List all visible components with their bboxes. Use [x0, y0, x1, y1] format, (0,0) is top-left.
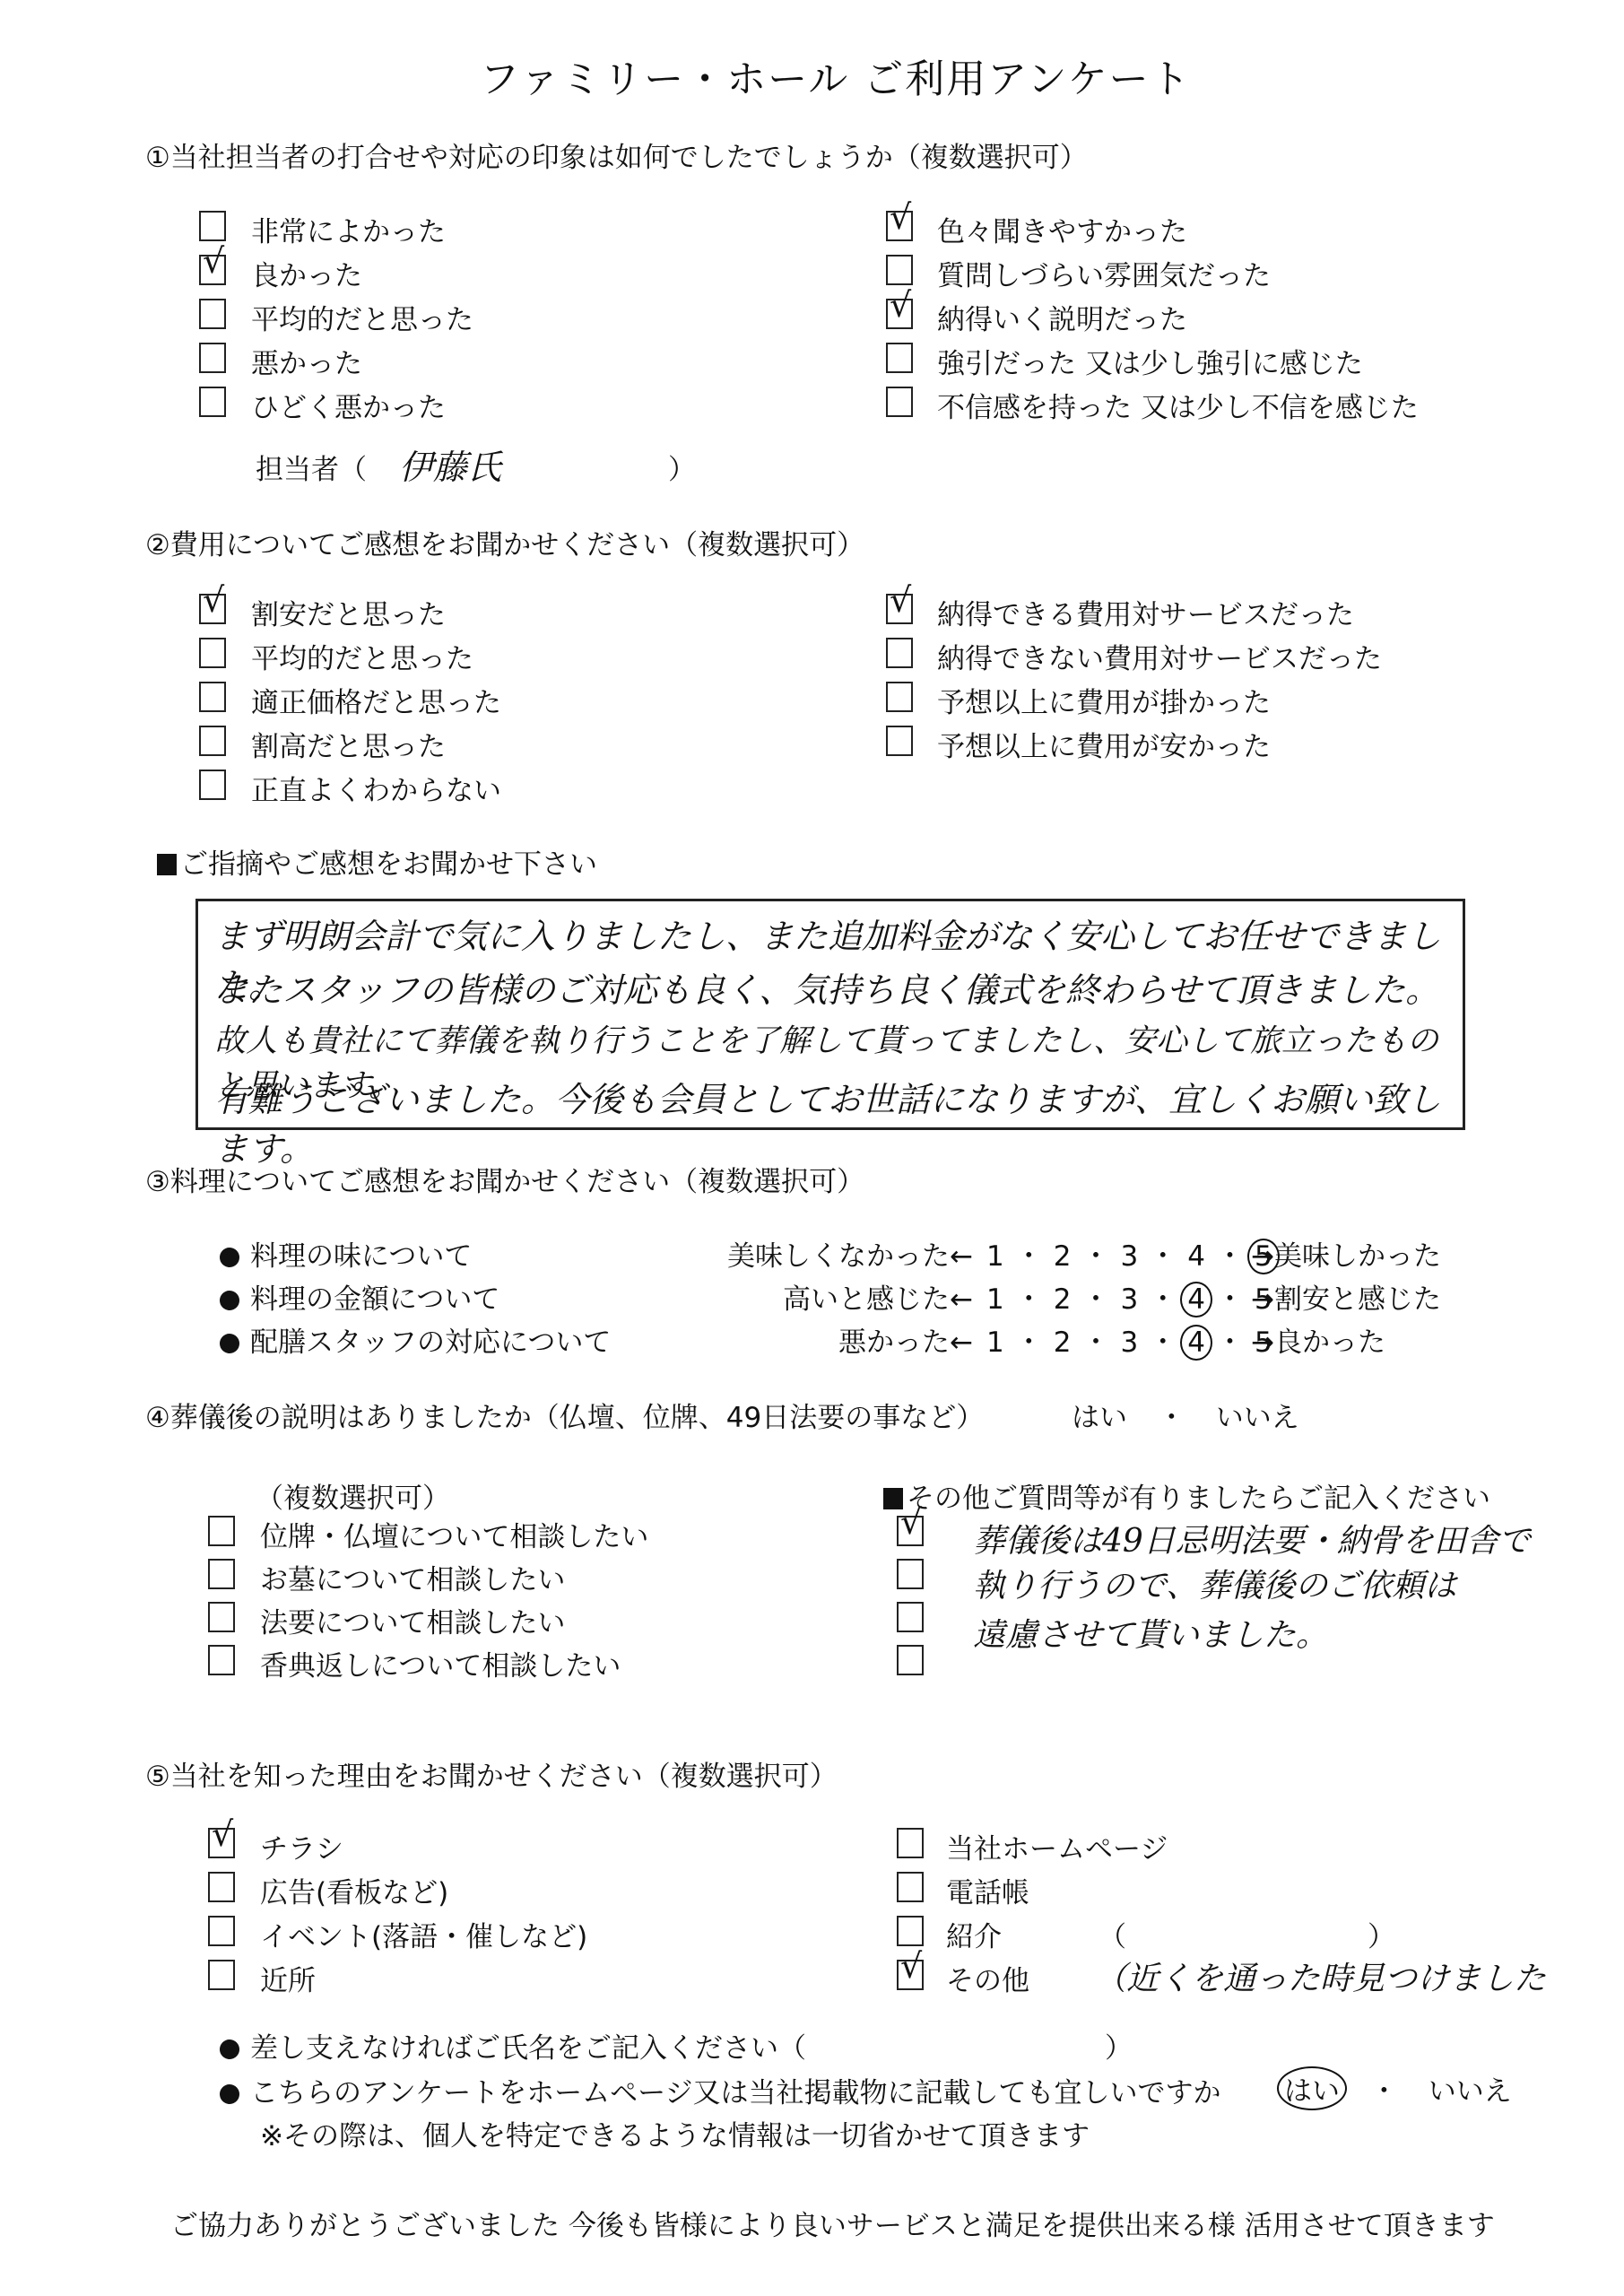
q5-option-label: チラシ: [260, 1826, 343, 1866]
q2-heading: ②費用についてご感想をお聞かせください（複数選択可）: [145, 522, 864, 562]
bullet-icon: [220, 2084, 239, 2104]
q2-option-checkbox[interactable]: [886, 682, 913, 712]
checkmark-icon: √: [203, 583, 224, 617]
q1-option-checkbox[interactable]: √: [886, 299, 913, 329]
scale-separator: ・: [1149, 1233, 1177, 1274]
referral-paren-open: （: [1099, 1914, 1126, 1954]
rating-option-1[interactable]: 1: [986, 1240, 1004, 1273]
q3-item: 料理の金額について: [220, 1276, 499, 1317]
q4-yes-no: はい ・ いいえ: [1072, 1395, 1299, 1435]
q5-option-checkbox[interactable]: [208, 1872, 235, 1902]
q2-option-label: 平均的だと思った: [251, 636, 473, 676]
rating-option-2[interactable]: 2: [1054, 1326, 1072, 1359]
q2-option-label: 適正価格だと思った: [251, 680, 501, 720]
checkmark-icon: √: [890, 583, 911, 617]
q4-option-checkbox[interactable]: [208, 1602, 235, 1632]
q1-option-label: 納得いく説明だった: [937, 297, 1187, 337]
q1-option-checkbox[interactable]: √: [199, 255, 226, 285]
q4-heading: ④葬儀後の説明はありましたか（仏壇、位牌、49日法要の事など）: [145, 1395, 984, 1435]
q1-option-label: 色々聞きやすかった: [937, 209, 1187, 249]
q4-yes-option[interactable]: はい: [1072, 1402, 1127, 1434]
q1-option-checkbox[interactable]: √: [886, 211, 913, 241]
comments-box[interactable]: まず明朗会計で気に入りましたし、また追加料金がなく安心してお任せできました。 ま…: [195, 899, 1465, 1130]
q2-option-checkbox[interactable]: [199, 770, 226, 800]
footer-thanks: ご協力ありがとうございました 今後も皆様により良いサービスと満足を提供出来る様 …: [170, 2203, 1495, 2243]
staff-name-field[interactable]: 伊藤氏: [399, 439, 501, 489]
q1-option-label: 不信感を持った 又は少し不信を感じた: [937, 385, 1419, 425]
q1-option-label: 質問しづらい雰囲気だった: [937, 253, 1271, 293]
q1-option-checkbox[interactable]: [886, 343, 913, 373]
q1-option-checkbox[interactable]: [886, 255, 913, 285]
scale-separator: ・: [1216, 1276, 1244, 1317]
q2-option-label: 予想以上に費用が安かった: [937, 724, 1271, 764]
q5-option-label: イベント(落語・催しなど): [260, 1914, 587, 1954]
q5-heading: ⑤当社を知った理由をお聞かせください（複数選択可）: [145, 1753, 838, 1794]
publish-question: こちらのアンケートをホームページ又は当社掲載物に記載しても宜しいですか: [220, 2070, 1221, 2110]
q4-other-line: 葬儀後は49日忌明法要・納骨を田舎で: [973, 1516, 1531, 1561]
q5-option-checkbox[interactable]: √: [897, 1960, 924, 1990]
q5-option-label: 紹介: [946, 1914, 1002, 1954]
q3-high-label: →良かった: [1251, 1319, 1385, 1360]
q1-option-checkbox[interactable]: [199, 387, 226, 417]
q4-option-label: お墓について相談したい: [260, 1557, 565, 1597]
q3-item: 配膳スタッフの対応について: [220, 1319, 611, 1360]
q4-option-label: 法要について相談したい: [260, 1600, 565, 1640]
scale-separator: ・: [1015, 1319, 1043, 1360]
q2-option-label: 納得できる費用対サービスだった: [937, 592, 1354, 632]
publish-separator: ・: [1370, 2075, 1398, 2108]
staff-label: 担当者（: [256, 447, 367, 487]
q2-option-checkbox[interactable]: [199, 638, 226, 668]
q1-option-checkbox[interactable]: [199, 343, 226, 373]
comments-heading: ご指摘やご感想をお聞かせ下さい: [157, 841, 597, 882]
comment-line: またスタッフの皆様のご対応も良く、気持ち良く儀式を終わらせて頂きました。: [214, 962, 1439, 1012]
scale-separator: ・: [1081, 1233, 1109, 1274]
q4-other-heading: その他ご質問等が有りましたらご記入ください: [883, 1475, 1490, 1516]
q2-option-checkbox[interactable]: [886, 638, 913, 668]
q4-no-option[interactable]: いいえ: [1216, 1402, 1299, 1434]
q5-option-checkbox[interactable]: [897, 1916, 924, 1946]
q5-option-label: その他: [946, 1958, 1029, 1998]
q4-option-label: 香典返しについて相談したい: [260, 1643, 621, 1683]
q2-option-checkbox[interactable]: [199, 682, 226, 712]
q1-option-label: 非常によかった: [251, 209, 446, 249]
scale-separator: ・: [1216, 1319, 1244, 1360]
q2-option-label: 割高だと思った: [251, 724, 446, 764]
q4-other-checkbox[interactable]: [897, 1645, 924, 1675]
q4-other-line: 遠慮させて貰いました。: [973, 1610, 1328, 1656]
q3-low-label: 高いと感じた←: [783, 1276, 973, 1317]
q5-option-checkbox[interactable]: [208, 1960, 235, 1990]
q2-option-label: 予想以上に費用が掛かった: [937, 680, 1271, 720]
publish-options: はい ・ いいえ: [1284, 2068, 1512, 2109]
q1-option-checkbox[interactable]: [199, 211, 226, 241]
q5-option-label: 広告(看板など): [260, 1870, 448, 1910]
q4-multi-note: （複数選択可）: [256, 1475, 450, 1516]
q2-option-label: 割安だと思った: [251, 592, 446, 632]
q2-option-label: 正直よくわからない: [251, 768, 501, 808]
scale-separator: ・: [1081, 1276, 1109, 1317]
q1-option-label: 良かった: [251, 253, 362, 293]
rating-option-3[interactable]: 3: [1120, 1326, 1138, 1359]
q5-option-label: 電話帳: [946, 1870, 1029, 1910]
scale-separator: ・: [1149, 1319, 1177, 1360]
rating-option-3[interactable]: 3: [1120, 1283, 1138, 1316]
publish-note: ※その際は、個人を特定できるような情報は一切省かせて頂きます: [260, 2113, 1090, 2153]
q3-low-label: 悪かった←: [838, 1319, 973, 1360]
staff-close: ）: [668, 447, 696, 487]
scale-separator: ・: [1015, 1233, 1043, 1274]
other-reason-field[interactable]: （近くを通った時見つけました: [1094, 1953, 1546, 1999]
publish-no-option[interactable]: いいえ: [1429, 2075, 1512, 2108]
q1-heading: ①当社担当者の打合せや対応の印象は如何でしたでしょうか（複数選択可）: [145, 135, 1088, 175]
q1-option-label: ひどく悪かった: [251, 385, 446, 425]
q4-other-checkbox[interactable]: √: [897, 1516, 924, 1546]
comment-line: 有難うございました。今後も会員としてお世話になりますが、宜しくお願い致します。: [214, 1072, 1463, 1170]
q3-item: 料理の味について: [220, 1233, 472, 1274]
checkmark-icon: √: [890, 200, 911, 234]
scale-separator: ・: [1216, 1233, 1244, 1274]
bullet-icon: [220, 1291, 239, 1310]
q5-option-label: 近所: [260, 1958, 316, 1998]
q3-low-label: 美味しくなかった←: [727, 1233, 973, 1274]
bullet-icon: [220, 1248, 239, 1267]
rating-option-1[interactable]: 1: [986, 1283, 1004, 1316]
bullet-icon: [220, 1334, 239, 1353]
q4-other-checkbox[interactable]: [897, 1559, 924, 1589]
q5-option-checkbox[interactable]: √: [208, 1828, 235, 1858]
checkmark-icon: √: [900, 1949, 922, 1983]
q3-rating-scale: 1・2・3・4・5: [986, 1276, 1272, 1317]
publish-yes-option[interactable]: はい: [1277, 2066, 1347, 2110]
q4-other-line: 執り行うので、葬儀後のご依頼は: [973, 1561, 1456, 1606]
q5-option-checkbox[interactable]: [208, 1916, 235, 1946]
rating-option-4[interactable]: 4: [1180, 1325, 1212, 1361]
q5-option-checkbox[interactable]: [897, 1872, 924, 1902]
scale-separator: ・: [1149, 1276, 1177, 1317]
square-bullet-icon: [157, 854, 177, 875]
q1-option-checkbox[interactable]: [199, 299, 226, 329]
q1-option-label: 悪かった: [251, 341, 362, 381]
checkmark-icon: √: [212, 1817, 233, 1851]
q1-option-label: 強引だった 又は少し強引に感じた: [937, 341, 1363, 381]
rating-option-4[interactable]: 4: [1187, 1240, 1205, 1273]
referral-field[interactable]: [1130, 1910, 1354, 1946]
q3-high-label: →割安と感じた: [1251, 1276, 1441, 1317]
q2-option-checkbox[interactable]: [886, 726, 913, 756]
q1-option-checkbox[interactable]: [886, 387, 913, 417]
rating-option-2[interactable]: 2: [1054, 1240, 1072, 1273]
q2-option-checkbox[interactable]: [199, 726, 226, 756]
checkmark-icon: √: [900, 1505, 922, 1539]
q4-option-checkbox[interactable]: [208, 1516, 235, 1546]
rating-option-1[interactable]: 1: [986, 1326, 1004, 1359]
name-field[interactable]: [659, 2020, 1090, 2056]
rating-option-3[interactable]: 3: [1120, 1240, 1138, 1273]
name-prompt-close: ）: [1105, 2025, 1133, 2066]
survey-title: ファミリー・ホール ご利用アンケート: [480, 47, 1192, 104]
scale-separator: ・: [1015, 1276, 1043, 1317]
q4-separator: ・: [1158, 1402, 1185, 1434]
q5-option-checkbox[interactable]: [897, 1828, 924, 1858]
q5-option-label: 当社ホームページ: [946, 1826, 1168, 1866]
scale-separator: ・: [1081, 1319, 1109, 1360]
q4-option-label: 位牌・仏壇について相談したい: [260, 1514, 648, 1554]
rating-option-2[interactable]: 2: [1054, 1283, 1072, 1316]
q2-option-checkbox[interactable]: √: [199, 594, 226, 624]
checkmark-icon: √: [890, 288, 911, 322]
q3-heading: ③料理についてご感想をお聞かせください（複数選択可）: [145, 1159, 864, 1199]
q4-option-checkbox[interactable]: [208, 1645, 235, 1675]
q4-option-checkbox[interactable]: [208, 1559, 235, 1589]
rating-option-4[interactable]: 4: [1180, 1282, 1212, 1318]
q4-other-checkbox[interactable]: [897, 1602, 924, 1632]
q2-option-label: 納得できない費用対サービスだった: [937, 636, 1382, 676]
q2-option-checkbox[interactable]: √: [886, 594, 913, 624]
q3-high-label: →美味しかった: [1251, 1233, 1441, 1274]
q1-option-label: 平均的だと思った: [251, 297, 473, 337]
q3-rating-scale: 1・2・3・4・5: [986, 1319, 1272, 1360]
q3-rating-scale: 1・2・3・4・5: [986, 1233, 1272, 1274]
checkmark-icon: √: [203, 244, 224, 278]
referral-paren-close: ）: [1368, 1914, 1395, 1954]
bullet-icon: [220, 2039, 239, 2059]
